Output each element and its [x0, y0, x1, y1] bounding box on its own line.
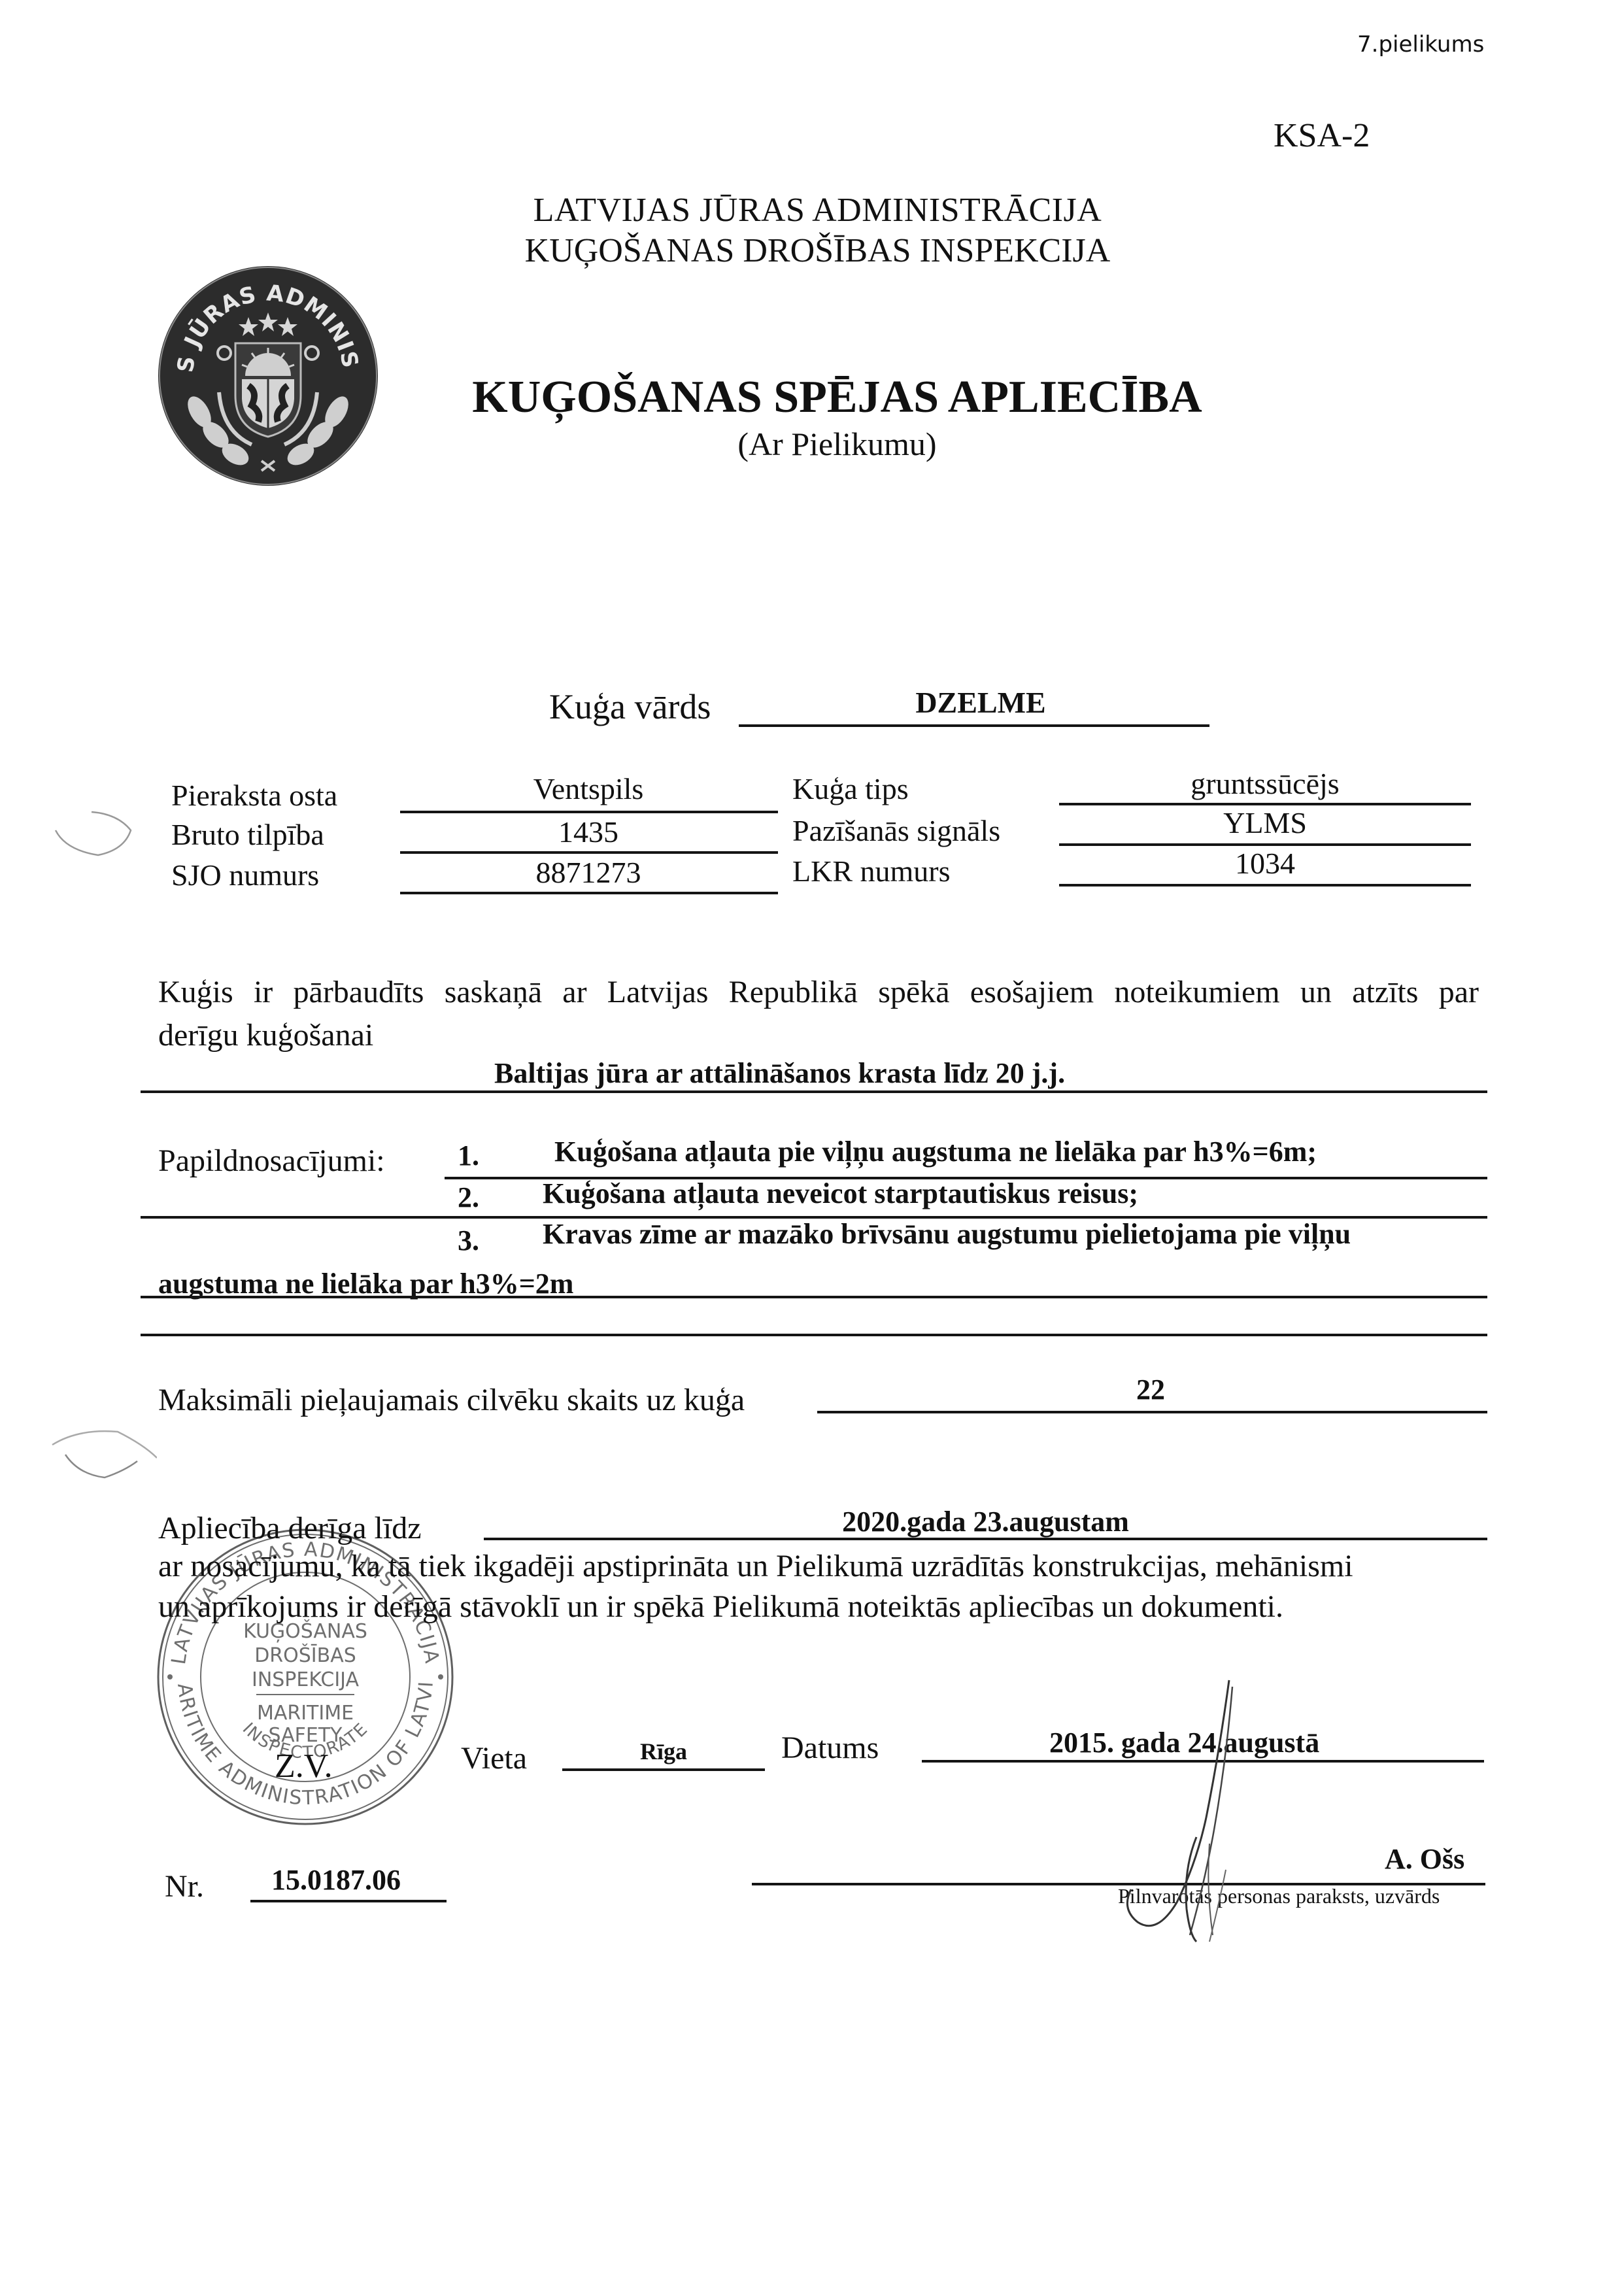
inspection-statement-line1: Kuģis ir pārbaudīts saskaņā ar Latvijas … — [158, 974, 1479, 1010]
condition-2-number: 2. — [458, 1181, 479, 1214]
organization-name: LATVIJAS JŪRAS ADMINISTRĀCIJA — [0, 191, 1622, 229]
svg-text:MARITIME: MARITIME — [257, 1702, 354, 1725]
max-persons-label: Maksimāli pieļaujamais cilvēku skaits uz… — [158, 1382, 745, 1418]
conditions-blank-underline — [141, 1334, 1487, 1336]
registry-port-value: Ventspils — [399, 771, 778, 806]
navigation-area-value: Baltijas jūra ar attālināšanos krasta lī… — [494, 1056, 1065, 1090]
call-sign-label: Pazīšanās signāls — [792, 813, 1000, 848]
condition-2-text: Kuģošana atļauta neveicot starptautiskus… — [543, 1177, 1138, 1210]
navigation-area-underline — [141, 1090, 1487, 1093]
call-sign-value: YLMS — [1059, 805, 1471, 840]
imo-number-label: SJO numurs — [171, 858, 319, 892]
place-value: Rīga — [562, 1738, 765, 1765]
imo-number-value: 8871273 — [399, 855, 778, 890]
condition-3-number: 3. — [458, 1224, 479, 1257]
valid-until-underline — [484, 1538, 1487, 1540]
validity-condition-line1: ar nosacījumu, ka tā tiek ikgadēji apsti… — [158, 1548, 1353, 1584]
conditions-label: Papildnosacījumi: — [158, 1143, 385, 1179]
lkr-number-underline — [1059, 884, 1471, 886]
condition-1-number: 1. — [458, 1139, 479, 1172]
place-underline — [562, 1768, 765, 1771]
certificate-number-label: Nr. — [165, 1868, 204, 1904]
condition-3-text: Kravas zīme ar mazāko brīvsānu augstumu … — [543, 1217, 1351, 1251]
handwritten-signature-icon — [1098, 1674, 1268, 1948]
ship-name-label: Kuģa vārds — [549, 686, 711, 727]
condition-1-text: Kuģošana atļauta pie viļņu augstuma ne l… — [554, 1135, 1317, 1168]
gross-tonnage-value: 1435 — [399, 815, 778, 849]
condition-3-underline — [141, 1296, 1487, 1298]
gross-tonnage-label: Bruto tilpība — [171, 817, 324, 852]
registry-port-label: Pieraksta osta — [171, 778, 337, 813]
svg-text:DROŠĪBAS: DROŠĪBAS — [254, 1643, 356, 1667]
ship-type-label: Kuģa tips — [792, 771, 909, 806]
ship-type-value: gruntssūcējs — [1059, 766, 1471, 801]
signatory-name: A. Ošs — [1385, 1842, 1464, 1876]
valid-until-value: 2020.gada 23.augustam — [484, 1505, 1487, 1538]
paper-dent-icon — [39, 1425, 157, 1497]
lkr-number-label: LKR numurs — [792, 854, 951, 888]
registry-port-underline — [400, 811, 778, 813]
certificate-number-underline — [250, 1900, 447, 1902]
max-persons-underline — [817, 1411, 1487, 1413]
ship-name-underline — [739, 724, 1209, 727]
form-code: KSA-2 — [1274, 116, 1370, 155]
document-title: KUĢOŠANAS SPĒJAS APLIECĪBA — [0, 371, 1622, 424]
ship-name-value: DZELME — [745, 685, 1216, 720]
date-label: Datums — [781, 1730, 879, 1766]
lkr-number-value: 1034 — [1059, 846, 1471, 881]
annex-label: 7.pielikums — [1357, 31, 1484, 58]
seal-place-mark: Z.V. — [275, 1747, 333, 1785]
paper-dent-icon — [46, 804, 144, 876]
valid-until-label: Apliecība derīga līdz — [158, 1510, 422, 1546]
max-persons-value: 22 — [817, 1373, 1484, 1406]
gross-tonnage-underline — [400, 851, 778, 854]
svg-text:INSPEKCIJA: INSPEKCIJA — [252, 1668, 360, 1691]
document-subtitle: (Ar Pielikumu) — [0, 425, 1622, 463]
imo-number-underline — [400, 892, 778, 894]
place-label: Vieta — [461, 1740, 527, 1776]
certificate-number-value: 15.0187.06 — [271, 1863, 401, 1897]
inspection-statement-line2: derīgu kuģošanai — [158, 1017, 373, 1053]
validity-condition-line2: un aprīkojums ir derīgā stāvoklī un ir s… — [158, 1589, 1283, 1625]
